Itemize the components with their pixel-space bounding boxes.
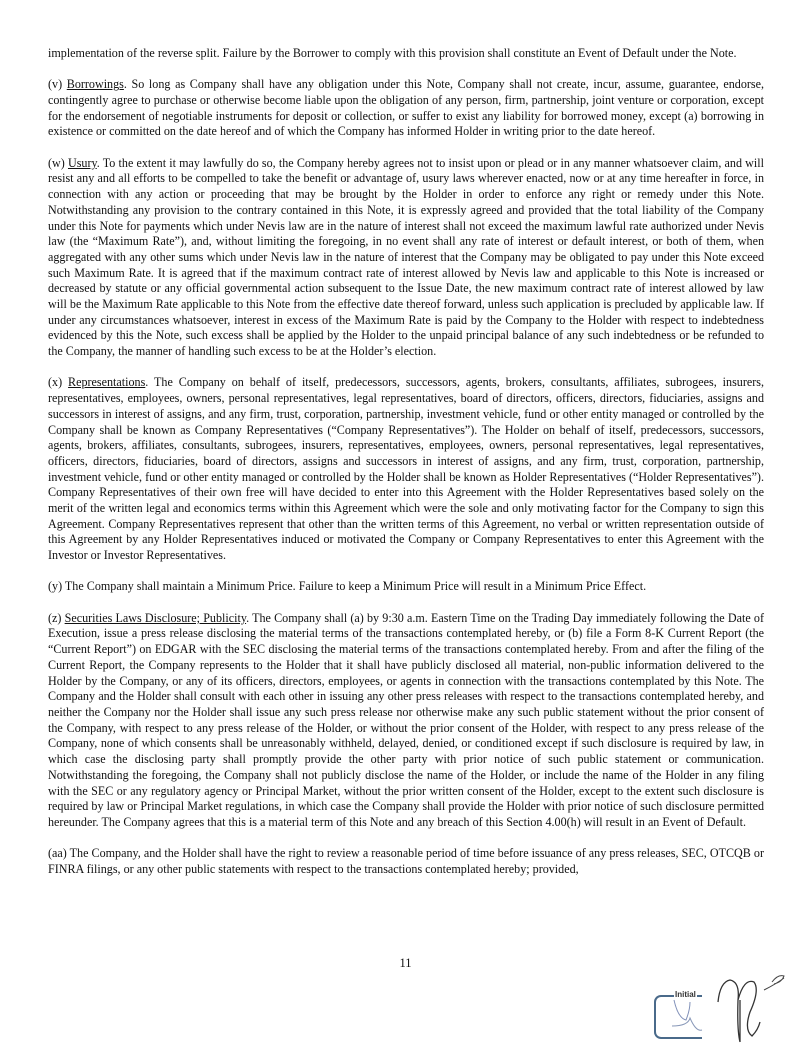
paragraph-label: (x) <box>48 375 68 389</box>
paragraph-heading: Usury <box>68 156 97 170</box>
paragraph-text: . The Company on behalf of itself, prede… <box>48 375 764 562</box>
paragraph-z-securities-disclosure: (z) Securities Laws Disclosure; Publicit… <box>48 611 764 831</box>
paragraph-v-borrowings: (v) Borrowings. So long as Company shall… <box>48 77 764 140</box>
paragraph-label: (v) <box>48 77 67 91</box>
paragraph-label: (y) <box>48 579 65 593</box>
paragraph-label: (w) <box>48 156 68 170</box>
paragraph-text: implementation of the reverse split. Fai… <box>48 46 737 60</box>
paragraph-text: . The Company shall (a) by 9:30 a.m. Eas… <box>48 611 764 829</box>
paragraph-aa-review: (aa) The Company, and the Holder shall h… <box>48 846 764 877</box>
paragraph-x-representations: (x) Representations. The Company on beha… <box>48 375 764 563</box>
paragraph-text: . So long as Company shall have any obli… <box>48 77 764 138</box>
paragraph-text: . To the extent it may lawfully do so, t… <box>48 156 764 358</box>
paragraph-text: The Company, and the Holder shall have t… <box>48 846 764 876</box>
paragraph-heading: Borrowings <box>67 77 124 91</box>
document-page: implementation of the reverse split. Fai… <box>48 46 764 893</box>
paragraph-label: (aa) <box>48 846 70 860</box>
paragraph-continuation: implementation of the reverse split. Fai… <box>48 46 764 62</box>
signature-icon <box>660 960 800 1050</box>
paragraph-w-usury: (w) Usury. To the extent it may lawfully… <box>48 156 764 360</box>
paragraph-label: (z) <box>48 611 65 625</box>
paragraph-heading: Securities Laws Disclosure; Publicity <box>65 611 246 625</box>
paragraph-text: The Company shall maintain a Minimum Pri… <box>65 579 646 593</box>
paragraph-heading: Representations <box>68 375 145 389</box>
paragraph-y-minimum-price: (y) The Company shall maintain a Minimum… <box>48 579 764 595</box>
